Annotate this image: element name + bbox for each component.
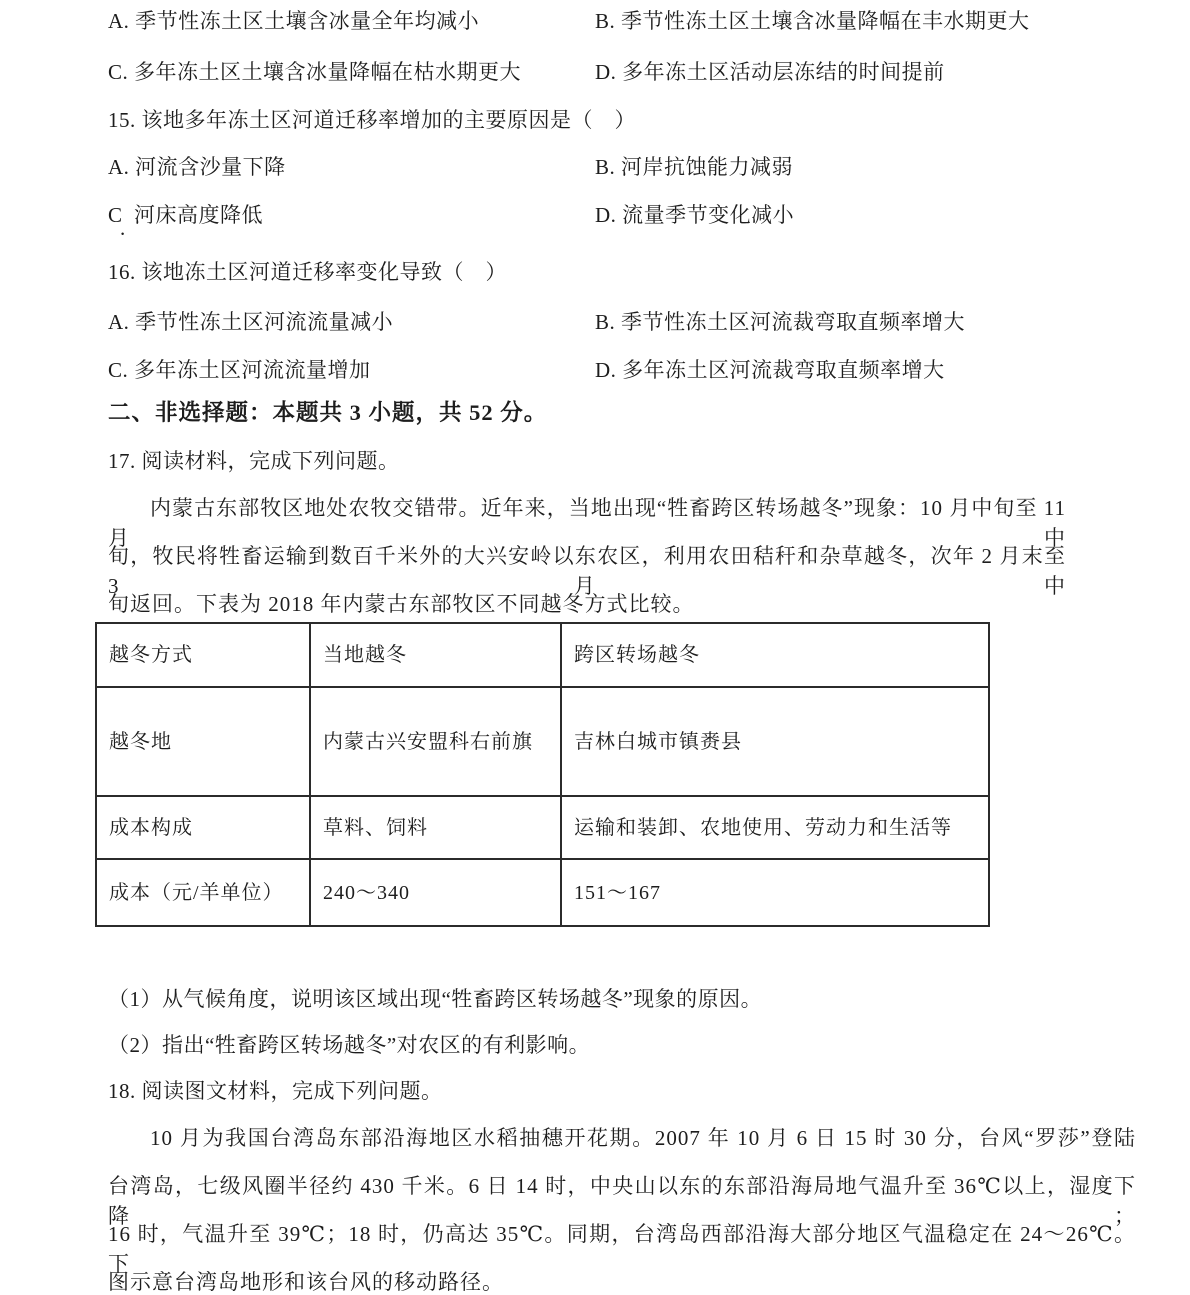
table-cell: 成本构成 (96, 796, 310, 859)
table-header-row: 越冬方式 当地越冬 跨区转场越冬 (96, 623, 989, 687)
q17-sub-question-1: （1）从气候角度，说明该区域出现“牲畜跨区转场越冬”现象的原因。 (108, 984, 762, 1014)
winter-comparison-table: 越冬方式 当地越冬 跨区转场越冬 越冬地 内蒙古兴安盟科右前旗 吉林白城市镇赉县… (95, 622, 990, 927)
question-17-intro: 17. 阅读材料，完成下列问题。 (108, 446, 400, 476)
question-18-intro: 18. 阅读图文材料，完成下列问题。 (108, 1076, 443, 1106)
q17-material-line-3: 旬返回。下表为 2018 年内蒙古东部牧区不同越冬方式比较。 (108, 589, 1066, 619)
q18-material-line-1: 10 月为我国台湾岛东部沿海地区水稻抽穗开花期。2007 年 10 月 6 日 … (108, 1123, 1136, 1153)
option-16-a: A. 季节性冻土区河流流量减小 (108, 307, 393, 337)
table-header-cell: 越冬方式 (96, 623, 310, 687)
option-15-b: B. 河岸抗蚀能力减弱 (595, 152, 793, 182)
table-cell: 运输和装卸、农地使用、劳动力和生活等 (561, 796, 989, 859)
q17-sub-question-2: （2）指出“牲畜跨区转场越冬”对农区的有利影响。 (108, 1030, 590, 1060)
table-row-cost: 成本（元/羊单位） 240～340 151～167 (96, 859, 989, 926)
table-cell: 151～167 (561, 859, 989, 926)
question-15-stem: 15. 该地多年冻土区河道迁移率增加的主要原因是（ ） (108, 105, 636, 135)
table-header-cell: 当地越冬 (310, 623, 561, 687)
option-15-a: A. 河流含沙量下降 (108, 152, 286, 182)
q18-material-line-4: 图示意台湾岛地形和该台风的移动路径。 (108, 1267, 1136, 1295)
exam-page: A. 季节性冻土区土壤含冰量全年均减小 B. 季节性冻土区土壤含冰量降幅在丰水期… (0, 0, 1190, 1295)
option-14-c: C. 多年冻土区土壤含冰量降幅在枯水期更大 (108, 57, 521, 87)
option-14-b: B. 季节性冻土区土壤含冰量降幅在丰水期更大 (595, 6, 1030, 36)
option-14-d: D. 多年冻土区活动层冻结的时间提前 (595, 57, 945, 87)
question-16-stem: 16. 该地冻土区河道迁移率变化导致（ ） (108, 257, 507, 287)
table-cell: 越冬地 (96, 687, 310, 796)
option-16-d: D. 多年冻土区河流裁弯取直频率增大 (595, 355, 945, 385)
table-row-cost-composition: 成本构成 草料、饲料 运输和装卸、农地使用、劳动力和生活等 (96, 796, 989, 859)
section-2-heading: 二、非选择题：本题共 3 小题，共 52 分。 (108, 398, 547, 428)
option-15-c-stray-period: . (120, 216, 125, 241)
option-15-d: D. 流量季节变化减小 (595, 200, 794, 230)
table-cell: 240～340 (310, 859, 561, 926)
table-cell: 内蒙古兴安盟科右前旗 (310, 687, 561, 796)
option-15-c: C 河床高度降低 (108, 200, 263, 230)
option-16-c: C. 多年冻土区河流流量增加 (108, 355, 371, 385)
option-14-a: A. 季节性冻土区土壤含冰量全年均减小 (108, 6, 479, 36)
table-cell: 成本（元/羊单位） (96, 859, 310, 926)
table-row-wintering-place: 越冬地 内蒙古兴安盟科右前旗 吉林白城市镇赉县 (96, 687, 989, 796)
table-header-cell: 跨区转场越冬 (561, 623, 989, 687)
table-cell: 草料、饲料 (310, 796, 561, 859)
option-16-b: B. 季节性冻土区河流裁弯取直频率增大 (595, 307, 965, 337)
table-cell: 吉林白城市镇赉县 (561, 687, 989, 796)
